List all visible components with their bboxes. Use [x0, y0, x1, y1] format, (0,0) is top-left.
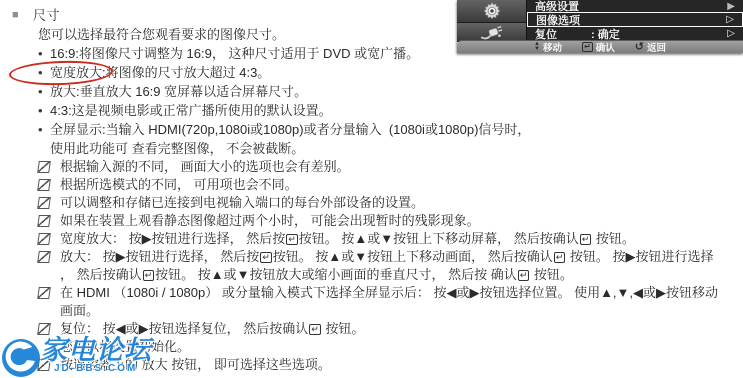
note-item: 放大： 按▶按钮进行选择， 然后按↵按钮。 按▲或▼按钮上下移动画面， 然后按确…	[38, 248, 730, 284]
return-arrow-icon: ↺	[635, 42, 644, 52]
watermark-subtitle: JD-BBS.COM	[54, 363, 152, 374]
list-item: • 放大:垂直放大 16:9 宽屏幕以适合屏幕尺寸。	[38, 82, 730, 101]
manual-page: ■ 尺寸 您可以选择最符合您观看要求的图像尺寸。 • 16:9:将图像尺寸调整为…	[12, 6, 730, 374]
move-hint-label: 移动	[543, 40, 562, 54]
note-pencil-icon	[37, 197, 51, 209]
menu-item-advanced-settings[interactable]: 高级设置 ▶	[527, 0, 743, 12]
note-text: 根据所选模式的不同， 可用项也会不同。	[60, 176, 730, 194]
list-item-text: 全屏显示:当输入 HDMI(720p,1080i或1080p)或者分量输入 (1…	[50, 120, 730, 158]
bullet-icon: •	[38, 82, 50, 101]
tv-menu-hint-bar: ▲▼ 移动 ↵ 确认 ↺ 返回	[457, 40, 743, 53]
enter-button-icon: ↵	[260, 252, 272, 263]
note-item: 宽度放大： 按▶按钮进行选择， 然后按↵按钮。 按▲或▼按钮上下移动屏幕， 然后…	[38, 230, 730, 248]
forum-watermark: 家电论坛 JD-BBS.COM	[0, 337, 152, 378]
option-list: • 16:9:将图像尺寸调整为 16:9， 这种尺寸适用于 DVD 或宽广播。 …	[38, 44, 730, 158]
note-item: 可以调整和存储已连接到电视输入端口的每台外部设备的设置。	[38, 194, 730, 212]
note-pencil-icon	[37, 323, 51, 335]
note-item: 根据输入源的不同， 画面大小的选项也会有差别。	[38, 158, 730, 176]
list-item-text: 宽度放大:将图像的尺寸放大超过 4:3。	[50, 63, 730, 82]
tv-menu-screenshot: 高级设置 ▶ 图像选项 ▷ 复位 : 确定 ▷ ▲▼ 移动 ↵ 确认	[457, 0, 743, 53]
watermark-title: 家电论坛	[40, 337, 152, 363]
return-hint-label: 返回	[647, 40, 666, 54]
enter-button-icon: ↵	[582, 42, 593, 52]
note-text: 宽度放大： 按▶按钮进行选择， 然后按↵按钮。 按▲或▼按钮上下移动屏幕， 然后…	[60, 230, 730, 248]
tv-menu-items: 高级设置 ▶ 图像选项 ▷ 复位 : 确定 ▷	[527, 0, 743, 40]
move-hint: ▲▼ 移动	[534, 40, 562, 54]
bullet-icon: •	[38, 120, 50, 158]
note-text: 可以调整和存储已连接到电视输入端口的每台外部设备的设置。	[60, 194, 730, 212]
note-text: 复位： 按◀或▶按钮选择复位， 然后按确认↵ 按钮。 您可以将设置初始化。	[60, 320, 730, 356]
bullet-icon: •	[38, 63, 50, 82]
list-item-text: 4:3:这是视频电影或正常广播所使用的默认设置。	[50, 101, 730, 120]
chevron-right-outline-icon: ▷	[727, 28, 735, 39]
enter-button-icon: ↵	[554, 252, 566, 263]
enter-button-icon: ↵	[286, 234, 298, 245]
enter-button-icon: ↵	[309, 324, 321, 335]
note-pencil-icon	[37, 215, 51, 227]
list-item: • 4:3:这是视频电影或正常广播所使用的默认设置。	[38, 101, 730, 120]
menu-item-value: : 确定	[591, 27, 620, 40]
enter-button-icon: ↵	[580, 234, 592, 245]
note-item: 在 HDMI （1080i / 1080p） 或分量输入模式下选择全屏显示后： …	[38, 284, 730, 320]
setup-category-cell[interactable]	[457, 0, 526, 23]
note-pencil-icon	[37, 251, 51, 263]
chevron-right-filled-icon: ▶	[727, 1, 735, 12]
note-pencil-icon	[37, 179, 51, 191]
return-hint: ↺ 返回	[635, 40, 666, 54]
chevron-right-outline-icon: ▷	[726, 14, 734, 25]
note-item: 根据所选模式的不同， 可用项也会不同。	[38, 176, 730, 194]
bullet-icon: •	[38, 44, 50, 63]
move-updown-icon: ▲▼	[534, 42, 540, 52]
bullet-icon: •	[38, 101, 50, 120]
square-bullet-icon: ■	[12, 6, 19, 25]
list-item: • 全屏显示:当输入 HDMI(720p,1080i或1080p)或者分量输入 …	[38, 120, 730, 158]
note-item: 如果在装置上观看静态图像超过两个小时， 可能会出现暂时的残影现象。	[38, 212, 730, 230]
section-title: 尺寸	[33, 6, 60, 25]
menu-item-label: 高级设置	[535, 0, 579, 12]
note-text: 放大： 按▶按钮进行选择， 然后按↵按钮。 按▲或▼按钮上下移动画面， 然后按确…	[60, 248, 730, 284]
enter-button-icon: ↵	[143, 270, 155, 281]
menu-item-label: 图像选项	[536, 12, 580, 27]
enter-button-icon: ↵	[518, 270, 530, 281]
note-pencil-icon	[37, 287, 51, 299]
note-text: 如果在装置上观看静态图像超过两个小时， 可能会出现暂时的残影现象。	[60, 212, 730, 230]
menu-item-label: 复位	[535, 27, 557, 40]
note-text: 根据输入源的不同， 画面大小的选项也会有差别。	[60, 158, 730, 176]
confirm-hint-label: 确认	[596, 40, 615, 54]
confirm-hint: ↵ 确认	[582, 40, 615, 54]
gear-icon	[481, 0, 503, 22]
input-plug-icon	[480, 23, 504, 41]
note-text: 按遥控器上的 放大 按钮， 即可选择这些选项。	[60, 356, 730, 374]
list-item-highlighted: • 宽度放大:将图像的尺寸放大超过 4:3。	[38, 63, 730, 82]
menu-item-reset[interactable]: 复位 : 确定 ▷	[527, 27, 743, 40]
tv-menu-sidebar	[457, 0, 527, 40]
note-pencil-icon	[37, 233, 51, 245]
menu-item-picture-options-selected[interactable]: 图像选项 ▷	[527, 12, 743, 27]
note-text: 在 HDMI （1080i / 1080p） 或分量输入模式下选择全屏显示后： …	[60, 284, 730, 320]
list-item-text: 放大:垂直放大 16:9 宽屏幕以适合屏幕尺寸。	[50, 82, 730, 101]
note-pencil-icon	[37, 161, 51, 173]
